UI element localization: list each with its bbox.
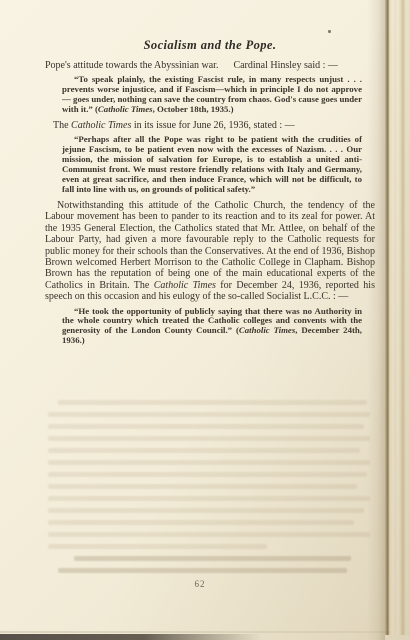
issue-post: in its issue for June 26, 1936, stated :… <box>131 120 294 131</box>
citation-title: Catholic Times <box>239 325 295 335</box>
book-page-scan: Socialism and the Pope. Pope's attitude … <box>0 0 410 640</box>
citation-title: Catholic Times <box>98 104 153 114</box>
ghost-line <box>48 472 367 477</box>
showthrough-ghost-text <box>48 400 370 580</box>
ghost-line <box>48 460 370 465</box>
ghost-line <box>58 568 348 573</box>
book-fore-edge <box>385 0 410 635</box>
ghost-line <box>74 556 351 561</box>
quote-bishop-brown: “He took the opportunity of publicly say… <box>45 307 375 347</box>
ghost-line <box>48 508 364 513</box>
text-column: Socialism and the Pope. Pope's attitude … <box>45 38 375 351</box>
bottom-crease-line <box>0 631 390 633</box>
ghost-line <box>48 424 364 429</box>
ghost-line <box>48 496 370 501</box>
ghost-line <box>48 448 360 453</box>
citation-date: , October 18th, 1935.) <box>153 104 234 114</box>
scan-edge-shadow <box>0 634 262 640</box>
ghost-line <box>48 532 370 537</box>
intro-paragraph: Pope's attitude towards the Abyssinian w… <box>45 60 375 71</box>
ghost-line <box>58 400 367 405</box>
citation-title: Catholic Times <box>154 280 216 291</box>
body-pre: Notwithstanding this attitude of the Cat… <box>45 200 375 291</box>
issue-pre: The <box>53 120 71 131</box>
ghost-line <box>48 520 354 525</box>
issue-paragraph: The Catholic Times in its issue for June… <box>45 120 375 131</box>
page-title: Socialism and the Pope. <box>45 38 375 53</box>
ink-speck <box>328 30 331 33</box>
page-curl-shadow <box>367 0 385 640</box>
ghost-line <box>48 436 370 441</box>
citation-title: Catholic Times <box>71 120 131 131</box>
quote-catholic-times-1936: “Perhaps after all the Pope was right to… <box>45 135 375 194</box>
page-number: 62 <box>45 579 355 589</box>
ghost-line <box>48 484 357 489</box>
quote-hinsley: “To speak plainly, the existing Fascist … <box>45 75 375 115</box>
body-paragraph: Notwithstanding this attitude of the Cat… <box>45 200 375 303</box>
ghost-line <box>48 412 370 417</box>
ghost-line <box>48 544 267 549</box>
